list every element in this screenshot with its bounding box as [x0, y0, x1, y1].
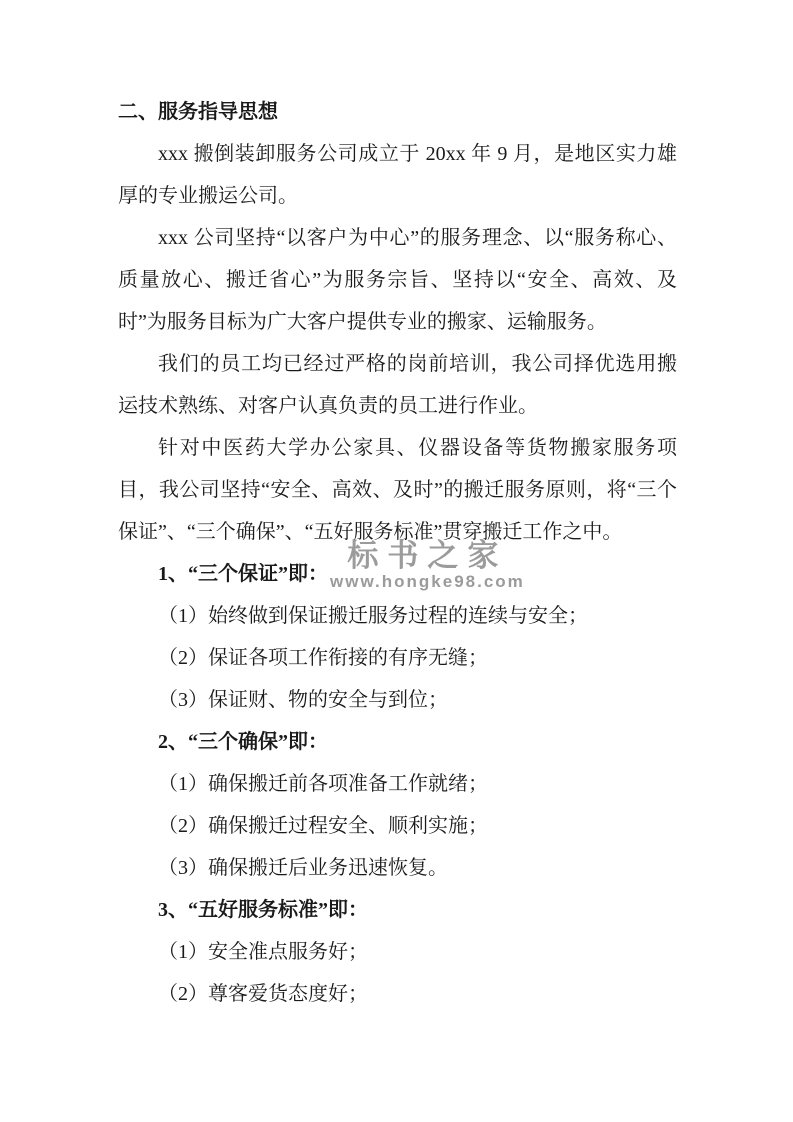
paragraph: 针对中医药大学办公家具、仪器设备等货物搬家服务项目，我公司坚持“安全、高效、及时…	[118, 427, 677, 553]
section-subheading: 1、“三个保证”即：	[118, 553, 677, 595]
list-item: （1）确保搬迁前各项准备工作就绪；	[118, 763, 677, 805]
section-subheading: 3、“五好服务标准”即：	[118, 889, 677, 931]
list-item: （2）保证各项工作衔接的有序无缝；	[118, 637, 677, 679]
list-item: （2）确保搬迁过程安全、顺利实施；	[118, 805, 677, 847]
list-item: （1）始终做到保证搬迁服务过程的连续与安全；	[118, 595, 677, 637]
list-item: （2）尊客爱货态度好；	[118, 973, 677, 1015]
section-subheading: 2、“三个确保”即：	[118, 721, 677, 763]
paragraph: 我们的员工均已经过严格的岗前培训，我公司择优选用搬运技术熟练、对客户认真负责的员…	[118, 343, 677, 427]
paragraph: xxx 公司坚持“以客户为中心”的服务理念、以“服务称心、质量放心、搬迁省心”为…	[118, 217, 677, 343]
list-item: （3）确保搬迁后业务迅速恢复。	[118, 847, 677, 889]
list-item: （3）保证财、物的安全与到位；	[118, 679, 677, 721]
document-heading: 二、服务指导思想	[118, 91, 677, 133]
list-item: （1）安全准点服务好；	[118, 931, 677, 973]
document-page: 标书之家 www.hongke98.com 二、服务指导思想 xxx 搬倒装卸服…	[0, 0, 793, 1122]
paragraph: xxx 搬倒装卸服务公司成立于 20xx 年 9 月，是地区实力雄厚的专业搬运公…	[118, 133, 677, 217]
document-content: 二、服务指导思想 xxx 搬倒装卸服务公司成立于 20xx 年 9 月，是地区实…	[0, 0, 793, 1015]
